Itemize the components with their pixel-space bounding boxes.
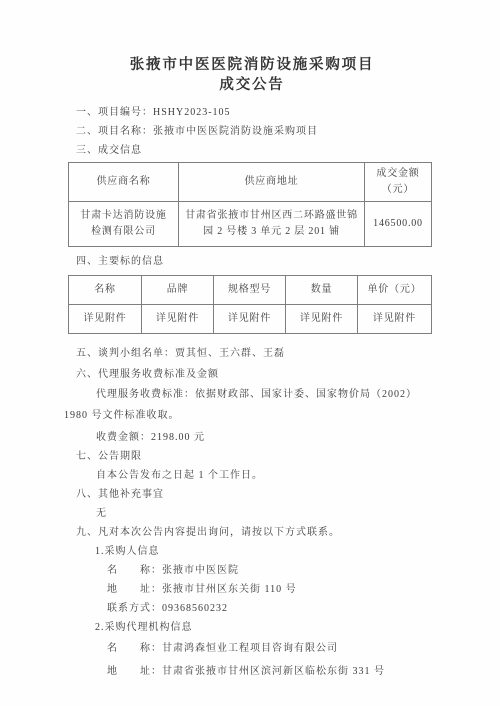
supplier-name-cell: 甘肃卡达消防设施检测有限公司 <box>69 202 179 247</box>
deal-table-data-row: 甘肃卡达消防设施检测有限公司 甘肃省张掖市甘州区西二环路盛世锦园 2 号楼 3 … <box>69 202 432 247</box>
unit-price-header: 单价（元） <box>358 276 432 305</box>
deal-amount-header: 成交金额（元） <box>365 163 432 202</box>
spec-cell: 详见附件 <box>214 305 286 334</box>
quantity-cell: 详见附件 <box>286 305 358 334</box>
subject-info-table: 名称 品牌 规格型号 数量 单价（元） 详见附件 详见附件 详见附件 详见附件 … <box>68 275 432 334</box>
buyer-info-heading: 1.采购人信息 <box>95 542 440 561</box>
deal-info-table: 供应商名称 供应商地址 成交金额（元） 甘肃卡达消防设施检测有限公司 甘肃省张掖… <box>68 162 432 247</box>
supplier-name-header: 供应商名称 <box>69 163 179 202</box>
project-name-line: 二、项目名称：张掖市中医医院消防设施采购项目 <box>76 122 440 141</box>
doc-title-line2: 成交公告 <box>64 75 440 95</box>
supplier-address-header: 供应商地址 <box>179 163 365 202</box>
deal-info-heading: 三、成交信息 <box>76 141 440 160</box>
panel-list-line: 五、谈判小组名单：贾其恒、王六群、王磊 <box>76 344 440 363</box>
unit-price-cell: 详见附件 <box>358 305 432 334</box>
name-header: 名称 <box>69 276 142 305</box>
brand-cell: 详见附件 <box>142 305 214 334</box>
deal-table-header-row: 供应商名称 供应商地址 成交金额（元） <box>69 163 432 202</box>
doc-title-line1: 张掖市中医医院消防设施采购项目 <box>64 55 440 75</box>
name-cell: 详见附件 <box>69 305 142 334</box>
fee-amount-line: 收费金额：2198.00 元 <box>96 428 440 447</box>
announcement-page: 张掖市中医医院消防设施采购项目 成交公告 一、项目编号：HSHY2023-105… <box>0 0 500 706</box>
brand-header: 品牌 <box>142 276 214 305</box>
other-matters-text: 无 <box>96 504 440 523</box>
agency-fee-heading: 六、代理服务收费标准及金额 <box>76 365 440 384</box>
deal-amount-cell: 146500.00 <box>365 202 432 247</box>
supplier-address-cell: 甘肃省张掖市甘州区西二环路盛世锦园 2 号楼 3 单元 2 层 201 铺 <box>179 202 365 247</box>
contact-intro-line: 九、凡对本次公告内容提出询问，请按以下方式联系。 <box>76 523 440 542</box>
agency-name-line: 名 称：甘肃鸿森恒业工程项目咨询有限公司 <box>107 639 440 658</box>
agency-info-heading: 2.采购代理机构信息 <box>95 618 440 637</box>
subject-table-data-row: 详见附件 详见附件 详见附件 详见附件 详见附件 <box>69 305 432 334</box>
subject-info-heading: 四、主要标的信息 <box>76 252 440 271</box>
other-matters-heading: 八、其他补充事宜 <box>76 485 440 504</box>
notice-period-text: 自本公告发布之日起 1 个工作日。 <box>96 466 440 485</box>
buyer-name-line: 名 称：张掖市中医医院 <box>107 561 440 580</box>
agency-address-line: 地 址：甘肃省张掖市甘州区滨河新区临松东街 331 号 <box>107 662 440 681</box>
spec-header: 规格型号 <box>214 276 286 305</box>
project-number-line: 一、项目编号：HSHY2023-105 <box>76 103 440 122</box>
buyer-address-line: 地 址：张掖市甘州区东关街 110 号 <box>107 580 440 599</box>
notice-period-heading: 七、公告期限 <box>76 447 440 466</box>
quantity-header: 数量 <box>286 276 358 305</box>
agency-fee-standard-paragraph: 代理服务收费标准：依据财政部、国家计委、国家物价局（2002）1980 号文件标… <box>64 384 440 426</box>
buyer-contact-line: 联系方式：09368560232 <box>107 599 440 618</box>
subject-table-header-row: 名称 品牌 规格型号 数量 单价（元） <box>69 276 432 305</box>
